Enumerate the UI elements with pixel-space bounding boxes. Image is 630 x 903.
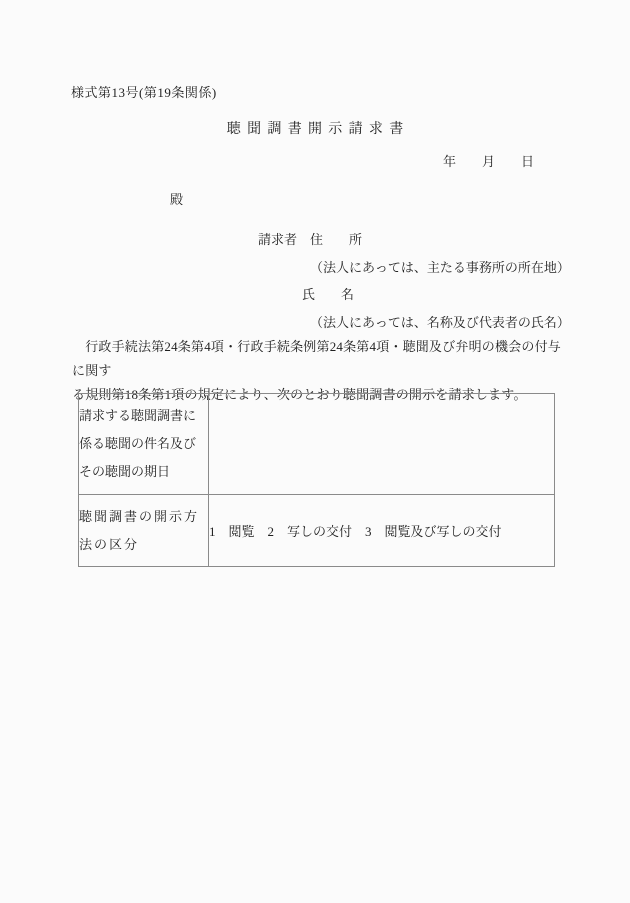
hearing-subject-label-cell: 請求する聴聞調書に 係る聴聞の件名及び その聴聞の期日 — [79, 394, 209, 495]
table-row-disclosure-method: 聴聞調書の開示方 法の区分 1 閲覧 2 写しの交付 3 閲覧及び写しの交付 — [79, 495, 555, 567]
form-number: 様式第13号(第19条関係) — [71, 82, 217, 101]
disclosure-method-label-cell: 聴聞調書の開示方 法の区分 — [79, 495, 209, 567]
document-page: 様式第13号(第19条関係) 聴聞調書開示請求書 年 月 日 殿 請求者 住 所… — [0, 0, 630, 903]
requester-address-note: （法人にあっては、主たる事務所の所在地） — [310, 257, 570, 276]
requester-name-label: 氏 名 — [302, 284, 354, 303]
table-row-hearing-subject: 請求する聴聞調書に 係る聴聞の件名及び その聴聞の期日 — [79, 394, 555, 495]
requester-name-note: （法人にあっては、名称及び代表者の氏名） — [310, 312, 570, 331]
requester-address-label: 請求者 住 所 — [258, 229, 362, 248]
disclosure-method-options-cell[interactable]: 1 閲覧 2 写しの交付 3 閲覧及び写しの交付 — [209, 495, 555, 567]
hearing-subject-value-cell[interactable] — [209, 394, 555, 495]
addressee-suffix: 殿 — [170, 189, 183, 208]
date-blank-line: 年 月 日 — [443, 151, 534, 170]
page-title: 聴聞調書開示請求書 — [0, 118, 630, 138]
request-form-table: 請求する聴聞調書に 係る聴聞の件名及び その聴聞の期日 聴聞調書の開示方 法の区… — [78, 393, 555, 567]
